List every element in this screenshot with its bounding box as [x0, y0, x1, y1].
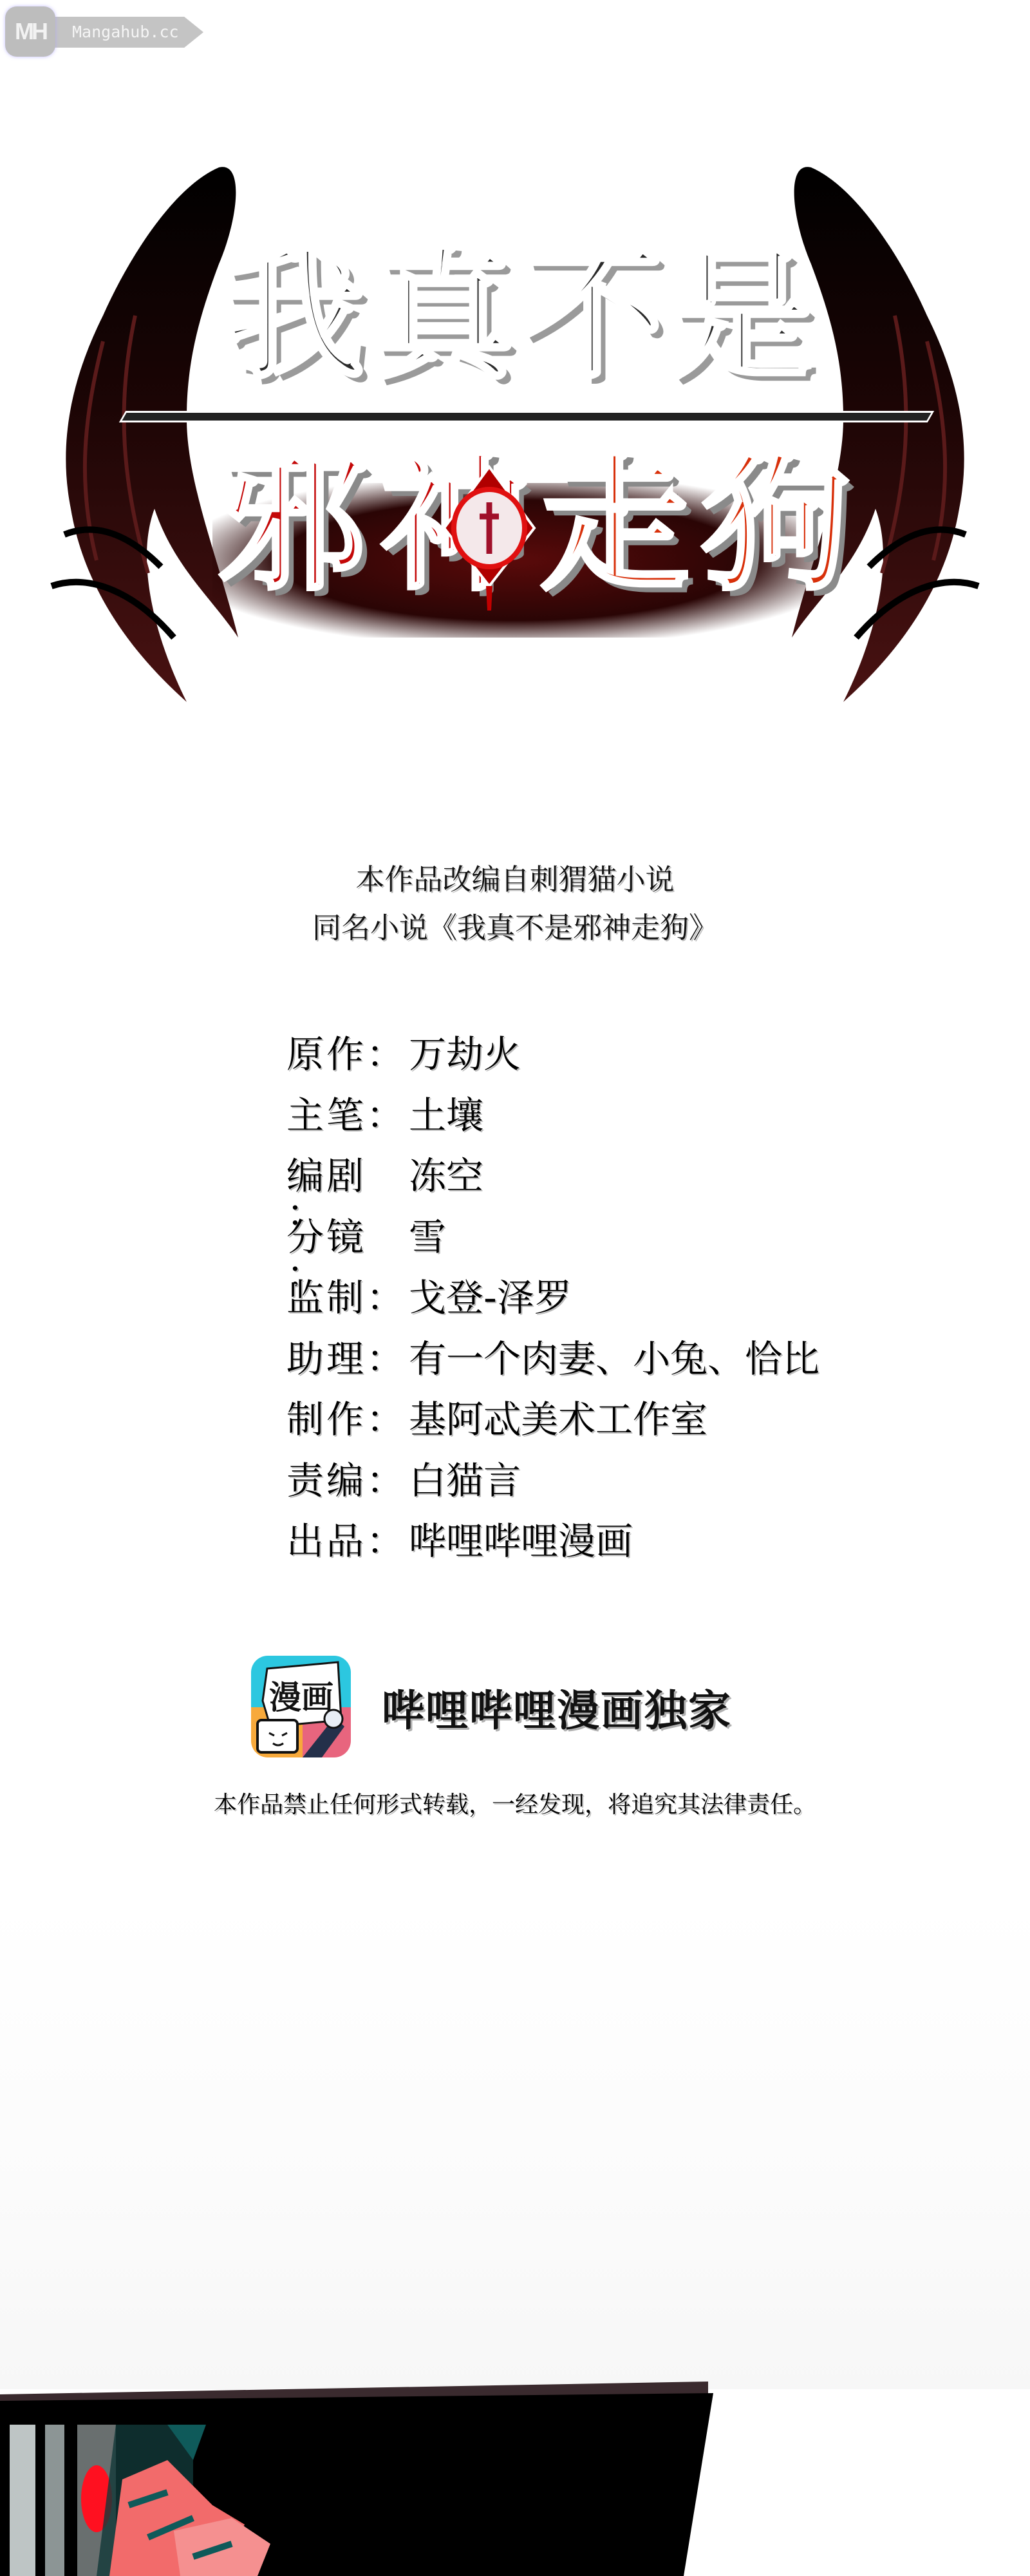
credit-row-storyboard: 分镜 ： 雪	[286, 1218, 819, 1280]
credit-row-script: 编剧 ： 冻空	[286, 1157, 819, 1218]
credit-row-supervisor: 监制： 戈登-泽罗	[286, 1279, 819, 1340]
exclusive-label: 哔哩哔哩漫画独家	[382, 1676, 732, 1738]
credit-role: 出品：	[286, 1522, 409, 1560]
bilibili-manga-app-icon: 漫画	[251, 1656, 351, 1757]
credit-name: 戈登-泽罗	[409, 1279, 572, 1316]
credit-role: 主笔：	[286, 1097, 409, 1134]
credit-role: 监制：	[286, 1279, 409, 1316]
credit-name: 万劫火	[409, 1036, 521, 1073]
source-novel-note: 同名小说《我真不是邪神走狗》	[0, 913, 1030, 942]
credit-role: 责编：	[286, 1462, 409, 1499]
credit-name: 有一个肉妻、小兔、恰比	[409, 1340, 819, 1378]
credits-list: 原作： 万劫火 主笔： 土壤 编剧 ： 冻空 分镜 ： 雪 监制： 戈登-泽罗 …	[286, 1036, 819, 1584]
credit-row-publisher: 出品： 哔哩哔哩漫画	[286, 1522, 819, 1584]
credit-name: 土壤	[409, 1097, 483, 1134]
credit-row-editor: 责编： 白猫言	[286, 1462, 819, 1523]
adaptation-note: 本作品改编自刺猬猫小说	[0, 865, 1030, 894]
mangahub-logo-icon: MH	[5, 6, 55, 57]
credit-name: 基阿忒美术工作室	[409, 1401, 707, 1438]
copyright-disclaimer: 本作品禁止任何形式转载，一经发现，将追究其法律责任。	[0, 1794, 1030, 1817]
credit-name: 白猫言	[409, 1462, 521, 1499]
title-line-1: 我真不是	[135, 245, 908, 386]
svg-text:漫画: 漫画	[269, 1678, 333, 1716]
credit-row-assistants: 助理： 有一个肉妻、小兔、恰比	[286, 1340, 819, 1401]
credit-name: 冻空	[409, 1157, 483, 1195]
site-watermark[interactable]: MH Mangahub.cc	[5, 6, 218, 59]
credit-role: 助理：	[286, 1340, 409, 1378]
title-word-lackey: 走狗	[541, 442, 863, 607]
credit-role: 制作：	[286, 1401, 409, 1438]
credit-name: 雪	[409, 1218, 446, 1256]
eye-emblem-icon	[441, 464, 538, 612]
credit-name: 哔哩哔哩漫画	[409, 1522, 633, 1560]
manga-panel-preview	[0, 2376, 715, 2576]
background-wash	[0, 1900, 1030, 2389]
title-logo: 我真不是 邪神走狗	[19, 148, 1011, 741]
credit-row-original: 原作： 万劫火	[286, 1036, 819, 1097]
title-line-2: 邪神走狗	[187, 451, 895, 599]
title-underline	[119, 411, 934, 422]
watermark-site-name: Mangahub.cc	[72, 23, 179, 41]
exclusive-badge: 漫画 哔哩哔哩漫画独家	[251, 1655, 732, 1758]
credit-row-production: 制作： 基阿忒美术工作室	[286, 1401, 819, 1462]
credit-role: 原作：	[286, 1036, 409, 1073]
credit-row-artist: 主笔： 土壤	[286, 1097, 819, 1158]
